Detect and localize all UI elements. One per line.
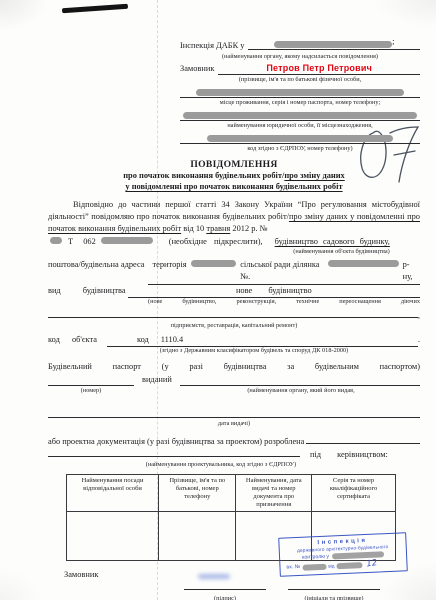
title-line3-underlined: у повідомленні про початок виконання буд…: [125, 182, 342, 191]
build-type-caption-2: підприємств, реставрація, капітальний ре…: [48, 322, 420, 330]
underline-instruction: (необхідне підкреслити),: [169, 236, 263, 248]
customer-label: Замовник: [180, 63, 214, 75]
issuing-org-blank: [180, 377, 420, 386]
customer-name: Петров Петр Петрович: [266, 63, 372, 73]
passport-issued-line: виданий: [48, 374, 420, 386]
build-type-label: вид будівництва: [48, 285, 126, 297]
redaction-bar: [302, 563, 326, 570]
address-value: територія сільської ради ділянка №. р-ну…: [148, 259, 420, 285]
legal-entity-caption: найменування юридичної особи, її місцезн…: [180, 122, 420, 130]
redaction-bar: [183, 112, 417, 119]
stamp-line3-prefix: контролю у: [302, 553, 329, 562]
address-part1: територія: [152, 259, 186, 271]
intro-part2: від 10: [181, 224, 206, 233]
address-part3: р-ну,: [403, 259, 418, 283]
project-text: або проектна документація (у разі будівн…: [48, 436, 304, 448]
incoming-stamp: Інспекція державного архітектурно-будіве…: [278, 532, 408, 577]
redaction-bar: [207, 135, 393, 142]
stamp-from-label: від: [328, 561, 335, 570]
inspection-line: Інспекція ДАБК у ;: [180, 36, 420, 52]
title-line-2: про початок виконання будівельних робіт/…: [48, 171, 420, 182]
document-content: Інспекція ДАБК у ; (найменування органу,…: [48, 36, 420, 600]
inspection-fill: ;: [248, 36, 420, 50]
title-line2-underlined: про зміну даних: [284, 171, 344, 180]
issuing-org-caption: (найменування органу, який його видав,: [182, 387, 420, 395]
residence-caption: місце проживання, серія і номер паспорта…: [180, 99, 420, 107]
title-heading: ПОВІДОМЛЕННЯ: [48, 159, 420, 171]
passport-number-blank: [48, 377, 134, 386]
construction-object-name: будівництво садового будинку,: [275, 236, 420, 248]
redacted-line-1: [180, 86, 420, 98]
initials-line-group: (ініціали та прізвище): [288, 577, 380, 600]
document-title: ПОВІДОМЛЕННЯ про початок виконання будів…: [48, 159, 420, 192]
designer-blank-1: [306, 435, 420, 444]
signature-line: [184, 581, 266, 590]
build-type-fill: нове будівництво: [128, 286, 420, 298]
issue-date-caption: дата видачі): [48, 420, 420, 428]
object-code-caption: (згідно з Державним класифікатором будів…: [104, 347, 404, 355]
build-type-caption-1: (нове будівництво, реконструкція, техніч…: [148, 298, 420, 306]
object-code-number: 1110.4: [161, 335, 183, 345]
redaction-bar: [328, 260, 399, 267]
redaction-bar: [274, 41, 392, 48]
build-type-line: вид будівництва нове будівництво: [48, 285, 420, 298]
customer-fill: Петров Петр Петрович: [218, 63, 420, 75]
project-line-2: під керівництвом:: [48, 448, 420, 461]
redaction-bar: [50, 237, 62, 244]
handwritten-number-12: 12: [366, 559, 378, 570]
intro-paragraph: Відповідно до частини першої статті 34 З…: [48, 199, 420, 235]
number-caption: (номер): [48, 387, 134, 395]
edrpou-caption: код згідно з ЄДРПОУ, номер телефону): [180, 145, 420, 153]
table-empty-cell: [67, 512, 159, 561]
table-header-document: Найменування, дата видачі та номер докум…: [236, 475, 312, 512]
table-empty-cell: [159, 512, 236, 561]
document-number-line: Т 062 (необхідне підкреслити), будівницт…: [48, 236, 420, 248]
inspection-caption: (найменування органу, якому надсилається…: [180, 53, 420, 61]
title-line2-plain: про початок виконання будівельних робіт/: [123, 171, 284, 180]
inspection-prefix: Інспекція ДАБК у: [180, 40, 244, 52]
supervision-label: під керівництвом:: [310, 449, 388, 461]
intro-part3: 2012 р. №: [230, 224, 267, 233]
initials-caption: (ініціали та прізвище): [288, 595, 380, 600]
document-number: Т 062: [68, 236, 96, 248]
customer-line: Замовник Петров Петр Петрович: [180, 63, 420, 75]
address-part2: сільської ради ділянка №.: [240, 259, 323, 283]
table-header-position: Найменування посади відповідальної особи: [67, 475, 159, 512]
scan-artifact-mark: [62, 4, 128, 14]
initials-line: [288, 581, 380, 590]
address-line: поштова/будівельна адреса територія сіль…: [48, 259, 420, 285]
addressee-block: Інспекція ДАБК у ; (найменування органу,…: [180, 36, 420, 153]
scanned-document-page: Інспекція ДАБК у ; (найменування органу,…: [0, 0, 436, 600]
designer-caption: (найменування проектувальника, код згідн…: [86, 461, 356, 469]
designer-blank-2: [48, 448, 300, 457]
build-type-value: нове будівництво: [236, 286, 312, 296]
object-code-line: код об'єкта код 1110.4 .: [48, 334, 420, 347]
issued-label: виданий: [142, 374, 172, 386]
table-header-name: Прізвище, ім'я та по батькові, номер тел…: [159, 475, 236, 512]
signature-caption: (підпис): [184, 595, 266, 600]
object-code-fill: код 1110.4: [107, 335, 418, 347]
inspection-suffix: ;: [392, 36, 394, 48]
customer-signature-label: Замовник: [64, 569, 98, 581]
project-line-1: або проектна документація (у разі будівн…: [48, 435, 420, 448]
intro-month: травня: [206, 224, 230, 233]
redacted-line-2: [180, 109, 420, 121]
passport-captions: (номер) (найменування органу, який його …: [48, 387, 420, 395]
title-line-3: у повідомленні про початок виконання буд…: [48, 182, 420, 193]
blank-underline: [48, 309, 418, 318]
object-code-word: код: [137, 335, 149, 345]
object-name-caption: (найменування об'єкта будівництва): [263, 248, 420, 256]
trailing-period: .: [418, 334, 420, 346]
issue-date-blank: [48, 409, 420, 418]
table-header-certificate: Серія та номер кваліфікаційного сертифік…: [312, 475, 396, 512]
redaction-bar: [196, 89, 404, 96]
redacted-line-3: [180, 132, 420, 144]
signature-line-group: (підпис): [184, 577, 266, 600]
passport-line: Будівельний паспорт (у разі будівництва …: [48, 361, 420, 373]
stamp-incoming-label: вх. №: [286, 563, 300, 573]
address-label: поштова/будівельна адреса: [48, 259, 144, 271]
redaction-bar: [101, 237, 153, 244]
blank-rule-line: ,: [48, 309, 420, 322]
redaction-bar: [191, 260, 237, 267]
redaction-bar: [336, 562, 362, 569]
object-code-label: код об'єкта: [48, 334, 97, 346]
trailing-comma: ,: [418, 310, 420, 322]
person-caption: (прізвище, ім'я та по батькові фізичної …: [180, 76, 420, 84]
table-header-row: Найменування посади відповідальної особи…: [67, 475, 396, 512]
